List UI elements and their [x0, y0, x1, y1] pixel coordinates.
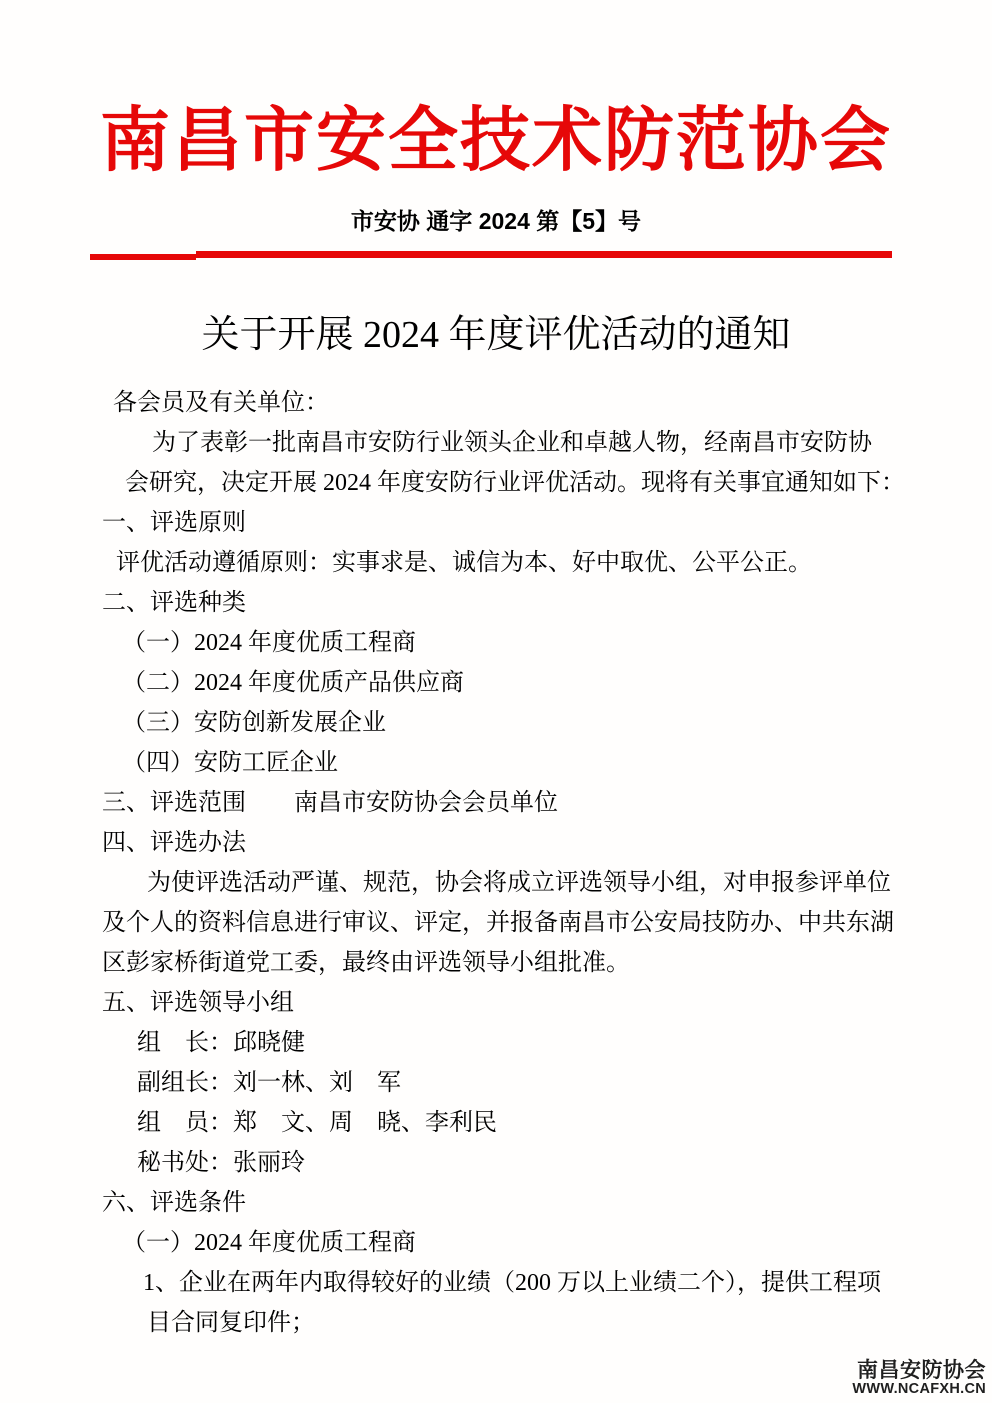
body-line-para: 评优活动遵循原则：实事求是、诚信为本、好中取优、公平公正。 — [0, 543, 992, 583]
doc-number: 市安协 通字 2024 第【5】号 — [0, 203, 992, 236]
notice-title: 关于开展 2024 年度评优活动的通知 — [0, 303, 992, 358]
notice-body: 各会员及有关单位： 为了表彰一批南昌市安防行业领头企业和卓越人物，经南昌市安防协… — [0, 383, 992, 1343]
body-line-role-secretary: 秘书处：张丽玲 — [0, 1143, 992, 1183]
body-line-section-4: 四、评选办法 — [0, 823, 992, 863]
body-line-salutation: 各会员及有关单位： — [0, 383, 992, 423]
body-line-para: 及个人的资料信息进行审议、评定，并报备南昌市公安局技防办、中共东湖 — [0, 903, 992, 943]
body-line-section-2: 二、评选种类 — [0, 583, 992, 623]
body-line-role-leader: 组 长：邱晓健 — [0, 1023, 992, 1063]
body-line-item: （四）安防工匠企业 — [0, 743, 992, 783]
body-line-item: （三）安防创新发展企业 — [0, 703, 992, 743]
footer-website: WWW.NCAFXH.CN — [852, 1381, 986, 1397]
body-line-para: 为使评选活动严谨、规范，协会将成立评选领导小组，对申报参评单位 — [0, 863, 992, 903]
body-line-section-3: 三、评选范围 南昌市安防协会会员单位 — [0, 783, 992, 823]
body-line-numbered-item-cont: 目合同复印件； — [0, 1303, 992, 1343]
red-divider-right-segment — [196, 251, 892, 258]
red-divider-left-segment — [90, 254, 196, 260]
body-line-section-5: 五、评选领导小组 — [0, 983, 992, 1023]
body-line-item: （二）2024 年度优质产品供应商 — [0, 663, 992, 703]
org-title: 南昌市安全技术防范协会 — [0, 84, 992, 185]
body-line-section-1: 一、评选原则 — [0, 503, 992, 543]
document-page: 南昌市安全技术防范协会 市安协 通字 2024 第【5】号 关于开展 2024 … — [0, 0, 992, 1403]
body-line-role-deputy: 副组长：刘一林、刘 军 — [0, 1063, 992, 1103]
footer-watermark: 南昌安防协会 WWW.NCAFXH.CN — [852, 1360, 986, 1397]
body-line-numbered-item: 1、企业在两年内取得较好的业绩（200 万以上业绩二个），提供工程项 — [0, 1263, 992, 1303]
footer-org-name: 南昌安防协会 — [852, 1360, 986, 1381]
body-line-para: 为了表彰一批南昌市安防行业领头企业和卓越人物，经南昌市安防协 — [0, 423, 992, 463]
body-line-item: （一）2024 年度优质工程商 — [0, 1223, 992, 1263]
body-line-role-members: 组 员：郑 文、周 晓、李利民 — [0, 1103, 992, 1143]
body-line-section-6: 六、评选条件 — [0, 1183, 992, 1223]
body-line-item: （一）2024 年度优质工程商 — [0, 623, 992, 663]
body-line-para: 会研究，决定开展 2024 年度安防行业评优活动。现将有关事宜通知如下： — [0, 463, 992, 503]
body-line-para: 区彭家桥街道党工委，最终由评选领导小组批准。 — [0, 943, 992, 983]
